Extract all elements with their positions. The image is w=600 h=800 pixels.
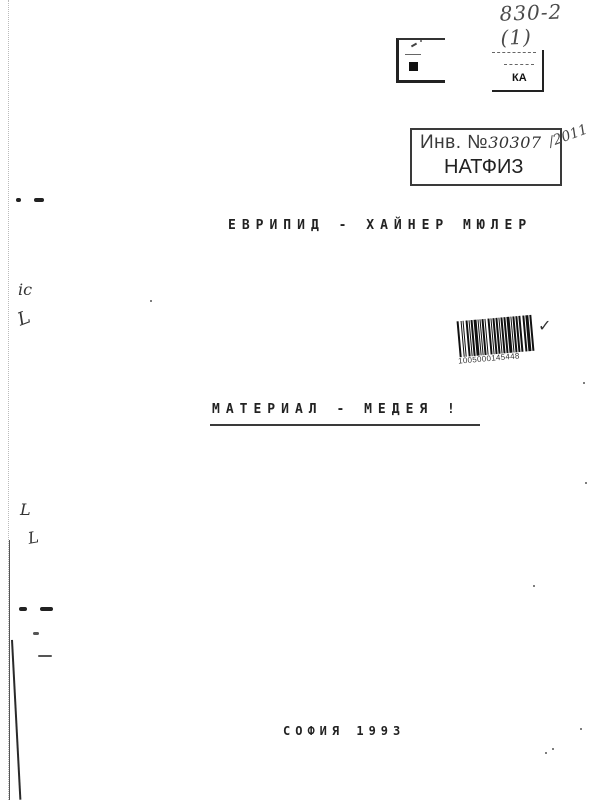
scan-speck <box>583 382 585 384</box>
library-stamp-small: КА <box>492 50 544 92</box>
scan-speck <box>580 728 582 730</box>
inventory-number: 30307 <box>488 133 541 152</box>
scan-speck <box>150 300 152 302</box>
check-mark-icon: ✓ <box>538 316 551 335</box>
document-title: МАТЕРИАЛ - МЕДЕЯ ! <box>212 402 461 417</box>
scan-speck <box>552 748 554 750</box>
stamp-label: КА <box>512 72 527 84</box>
library-name: НАТФИЗ <box>444 156 523 179</box>
library-stamp-small <box>396 38 445 83</box>
margin-scrawl: L <box>26 527 40 548</box>
barcode <box>457 315 536 357</box>
inventory-stamp: Инв. №30307 НАТФИЗ <box>410 128 562 186</box>
hole-punch-mark <box>16 198 21 202</box>
scan-smudge <box>33 632 39 635</box>
hole-punch-mark <box>40 607 53 611</box>
title-underline <box>210 424 480 426</box>
shelf-number: 830-2 (1) <box>499 0 600 50</box>
binding-edge-line <box>11 640 21 800</box>
scan-speck <box>545 752 547 754</box>
hole-punch-mark <box>34 198 44 202</box>
scan-smudge <box>38 655 52 657</box>
scan-speck <box>533 585 535 587</box>
binding-edge-line <box>9 540 10 800</box>
margin-scrawl: L <box>15 307 33 331</box>
scanned-page: ic L L L 830-2 (1) КА Инв. №30307 НАТФИЗ… <box>0 0 600 800</box>
hole-punch-mark <box>19 607 27 611</box>
inventory-year: /2011 <box>546 122 589 151</box>
inventory-prefix: Инв. № <box>420 132 488 153</box>
author-line: ЕВРИПИД - ХАЙНЕР МЮЛЕР <box>228 218 532 233</box>
scan-speck <box>585 482 587 484</box>
margin-scrawl: L <box>20 500 31 519</box>
margin-scrawl: ic <box>18 280 32 299</box>
imprint: СОФИЯ 1993 <box>283 724 405 738</box>
